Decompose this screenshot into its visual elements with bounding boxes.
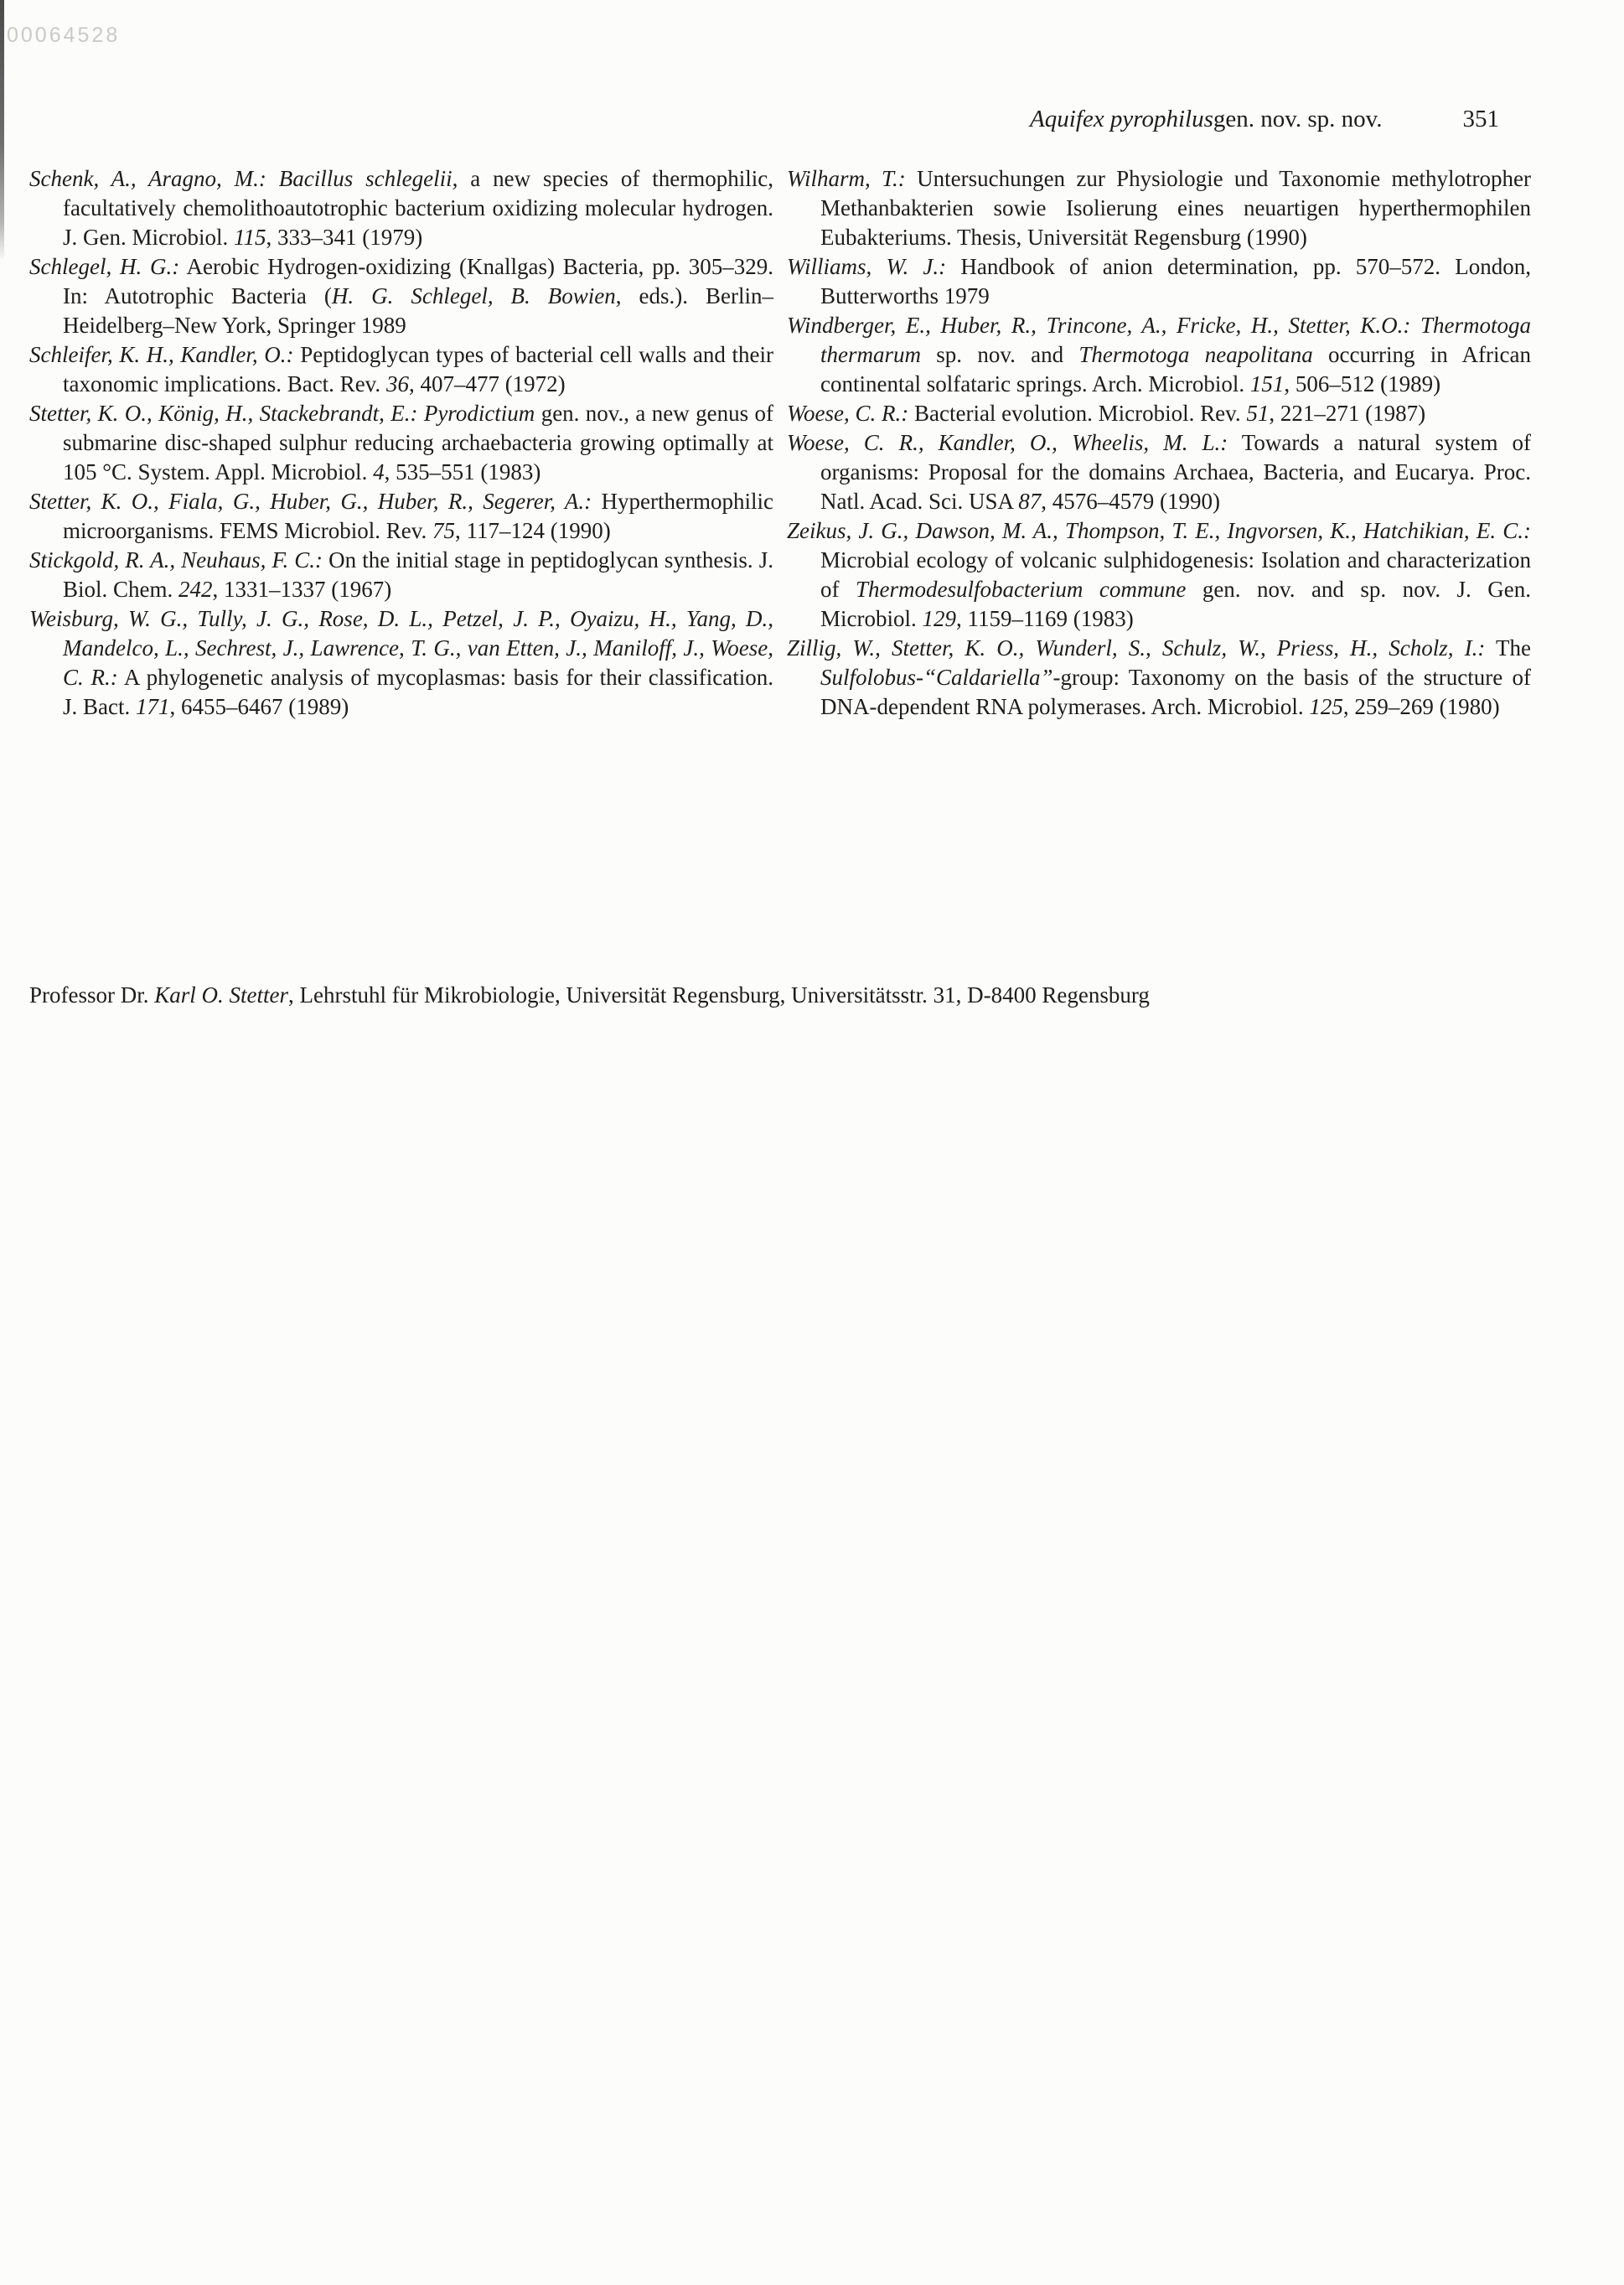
scanned-journal-page: 00064528 Aquifex pyrophilus gen. nov. sp… [0, 0, 1624, 2285]
reference-entry: Schenk, A., Aragno, M.: Bacillus schlege… [29, 164, 773, 252]
author-address-line: Professor Dr. Karl O. Stetter, Lehrstuhl… [29, 981, 1529, 1010]
reference-entry: Zeikus, J. G., Dawson, M. A., Thompson, … [787, 516, 1531, 634]
reference-entry: Zillig, W., Stetter, K. O., Wunderl, S.,… [787, 634, 1531, 722]
page-number: 351 [1463, 106, 1530, 133]
reference-entry: Wilharm, T.: Untersuchungen zur Physiolo… [787, 164, 1531, 252]
reference-entry: Woese, C. R.: Bacterial evolution. Micro… [787, 399, 1531, 428]
running-head-species-title: Aquifex pyrophilus [1030, 106, 1213, 133]
reference-entry: Williams, W. J.: Handbook of anion deter… [787, 252, 1531, 311]
reference-entry: Woese, C. R., Kandler, O., Wheelis, M. L… [787, 428, 1531, 516]
reference-entry: Schleifer, K. H., Kandler, O.: Peptidogl… [29, 340, 773, 399]
scan-edge-artifact [0, 0, 4, 262]
references-column-left: Schenk, A., Aragno, M.: Bacillus schlege… [29, 164, 773, 722]
author-address: Professor Dr. Karl O. Stetter, Lehrstuhl… [29, 981, 1529, 1010]
reference-entry: Weisburg, W. G., Tully, J. G., Rose, D. … [29, 604, 773, 722]
reference-entry: Windberger, E., Huber, R., Trincone, A.,… [787, 311, 1531, 399]
reference-entry: Schlegel, H. G.: Aerobic Hydrogen-oxidiz… [29, 252, 773, 340]
references-column-right: Wilharm, T.: Untersuchungen zur Physiolo… [787, 164, 1531, 722]
running-head-title-rest: gen. nov. sp. nov. [1213, 106, 1383, 133]
reference-entry: Stickgold, R. A., Neuhaus, F. C.: On the… [29, 546, 773, 604]
reference-list: Schenk, A., Aragno, M.: Bacillus schlege… [29, 164, 1531, 722]
reference-entry: Stetter, K. O., Fiala, G., Huber, G., Hu… [29, 487, 773, 546]
running-head: Aquifex pyrophilus gen. nov. sp. nov. 35… [29, 106, 1529, 133]
archive-stamp-number: 00064528 [7, 23, 120, 48]
reference-entry: Stetter, K. O., König, H., Stackebrandt,… [29, 399, 773, 487]
